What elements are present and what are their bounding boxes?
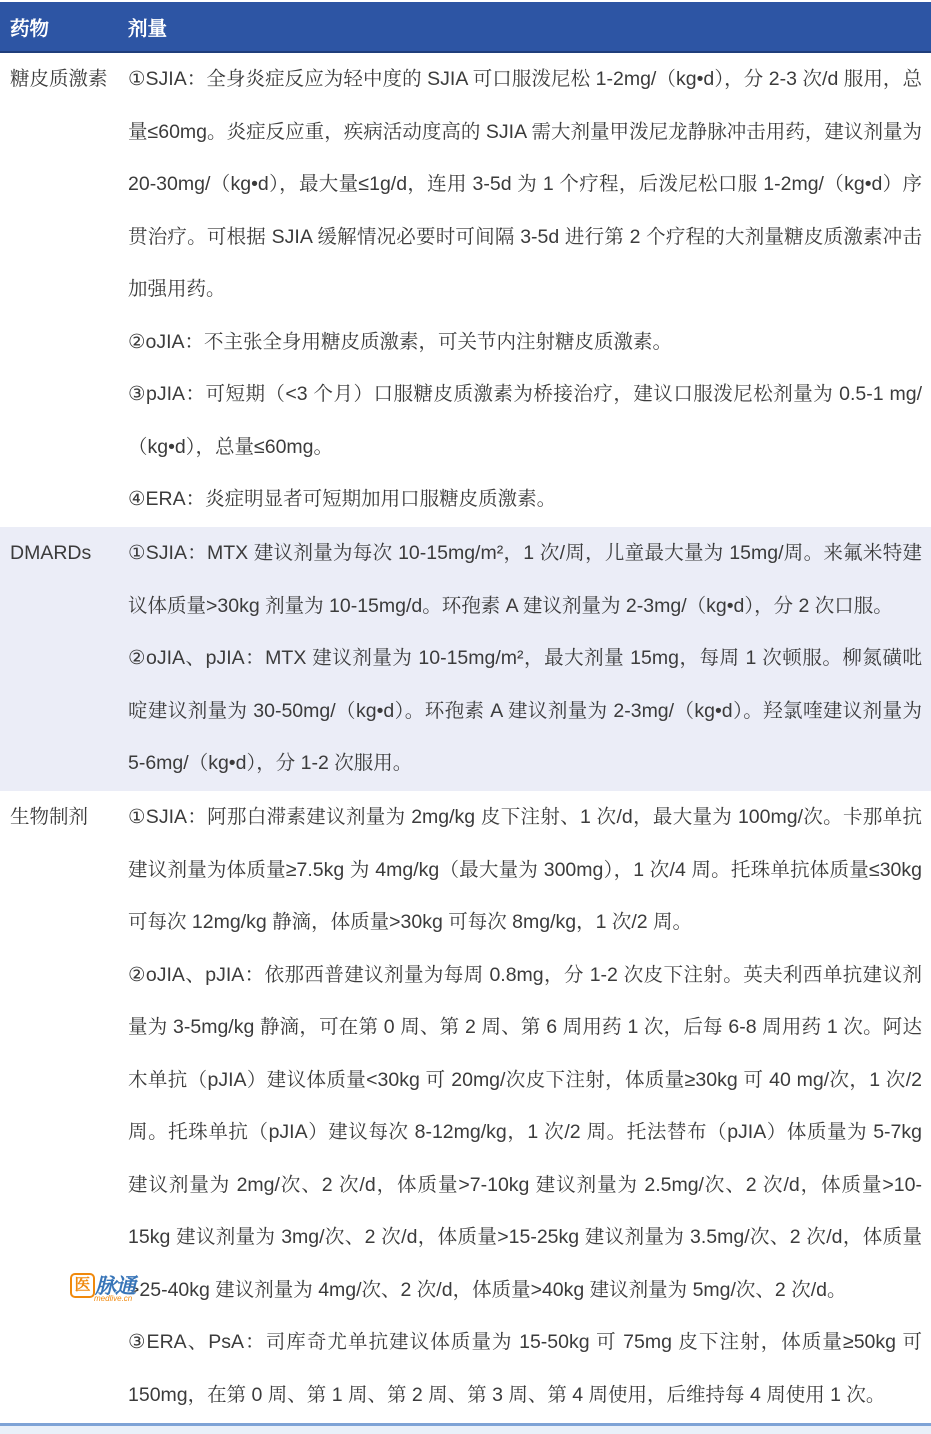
table-row-biologics: 生物制剂 ①SJIA：阿那白滞素建议剂量为 2mg/kg 皮下注射、1 次/d，…	[0, 791, 931, 1423]
bottom-strip	[0, 1426, 931, 1434]
column-header-drug: 药物	[0, 13, 128, 41]
dose-paragraph: ①SJIA：阿那白滞素建议剂量为 2mg/kg 皮下注射、1 次/d，最大量为 …	[128, 791, 922, 949]
medlive-domain-text: medlive.cn	[94, 1294, 132, 1303]
dose-paragraph: ①SJIA：MTX 建议剂量为每次 10-15mg/m²，1 次/周，儿童最大量…	[128, 527, 922, 632]
dose-paragraph: ③ERA、PsA：司库奇尤单抗建议体质量为 15-50kg 可 75mg 皮下注…	[128, 1316, 922, 1421]
drug-name-cell: 糖皮质激素	[0, 53, 128, 527]
drug-name-cell: DMARDs	[0, 527, 128, 791]
table-row-glucocorticoids: 糖皮质激素 ①SJIA：全身炎症反应为轻中度的 SJIA 可口服泼尼松 1-2m…	[0, 53, 931, 527]
drug-name-cell: 生物制剂	[0, 791, 128, 1423]
column-header-dose: 剂量	[128, 13, 931, 41]
dosage-table-page: 药物 剂量 糖皮质激素 ①SJIA：全身炎症反应为轻中度的 SJIA 可口服泼尼…	[0, 0, 931, 1434]
dose-paragraph: ③pJIA：可短期（<3 个月）口服糖皮质激素为桥接治疗，建议口服泼尼松剂量为 …	[128, 368, 922, 473]
dose-cell: ①SJIA：全身炎症反应为轻中度的 SJIA 可口服泼尼松 1-2mg/（kg•…	[128, 53, 931, 527]
table-row-dmards: DMARDs ①SJIA：MTX 建议剂量为每次 10-15mg/m²，1 次/…	[0, 527, 931, 791]
dose-cell: ①SJIA：MTX 建议剂量为每次 10-15mg/m²，1 次/周，儿童最大量…	[128, 527, 931, 791]
dose-paragraph: ②oJIA、pJIA：MTX 建议剂量为 10-15mg/m²，最大剂量 15m…	[128, 632, 922, 790]
dose-paragraph: ①SJIA：全身炎症反应为轻中度的 SJIA 可口服泼尼松 1-2mg/（kg•…	[128, 53, 922, 316]
table-header-row: 药物 剂量	[0, 2, 931, 53]
dose-paragraph: ②oJIA：不主张全身用糖皮质激素，可关节内注射糖皮质激素。	[128, 316, 922, 369]
medlive-watermark-logo: 医脉通 medlive.cn	[70, 1270, 140, 1308]
dose-paragraph: ②oJIA、pJIA：依那西普建议剂量为每周 0.8mg，分 1-2 次皮下注射…	[128, 949, 922, 1317]
dose-cell: ①SJIA：阿那白滞素建议剂量为 2mg/kg 皮下注射、1 次/d，最大量为 …	[128, 791, 931, 1423]
dose-paragraph: ④ERA：炎症明显者可短期加用口服糖皮质激素。	[128, 473, 922, 526]
medlive-yi-icon: 医	[70, 1273, 95, 1298]
